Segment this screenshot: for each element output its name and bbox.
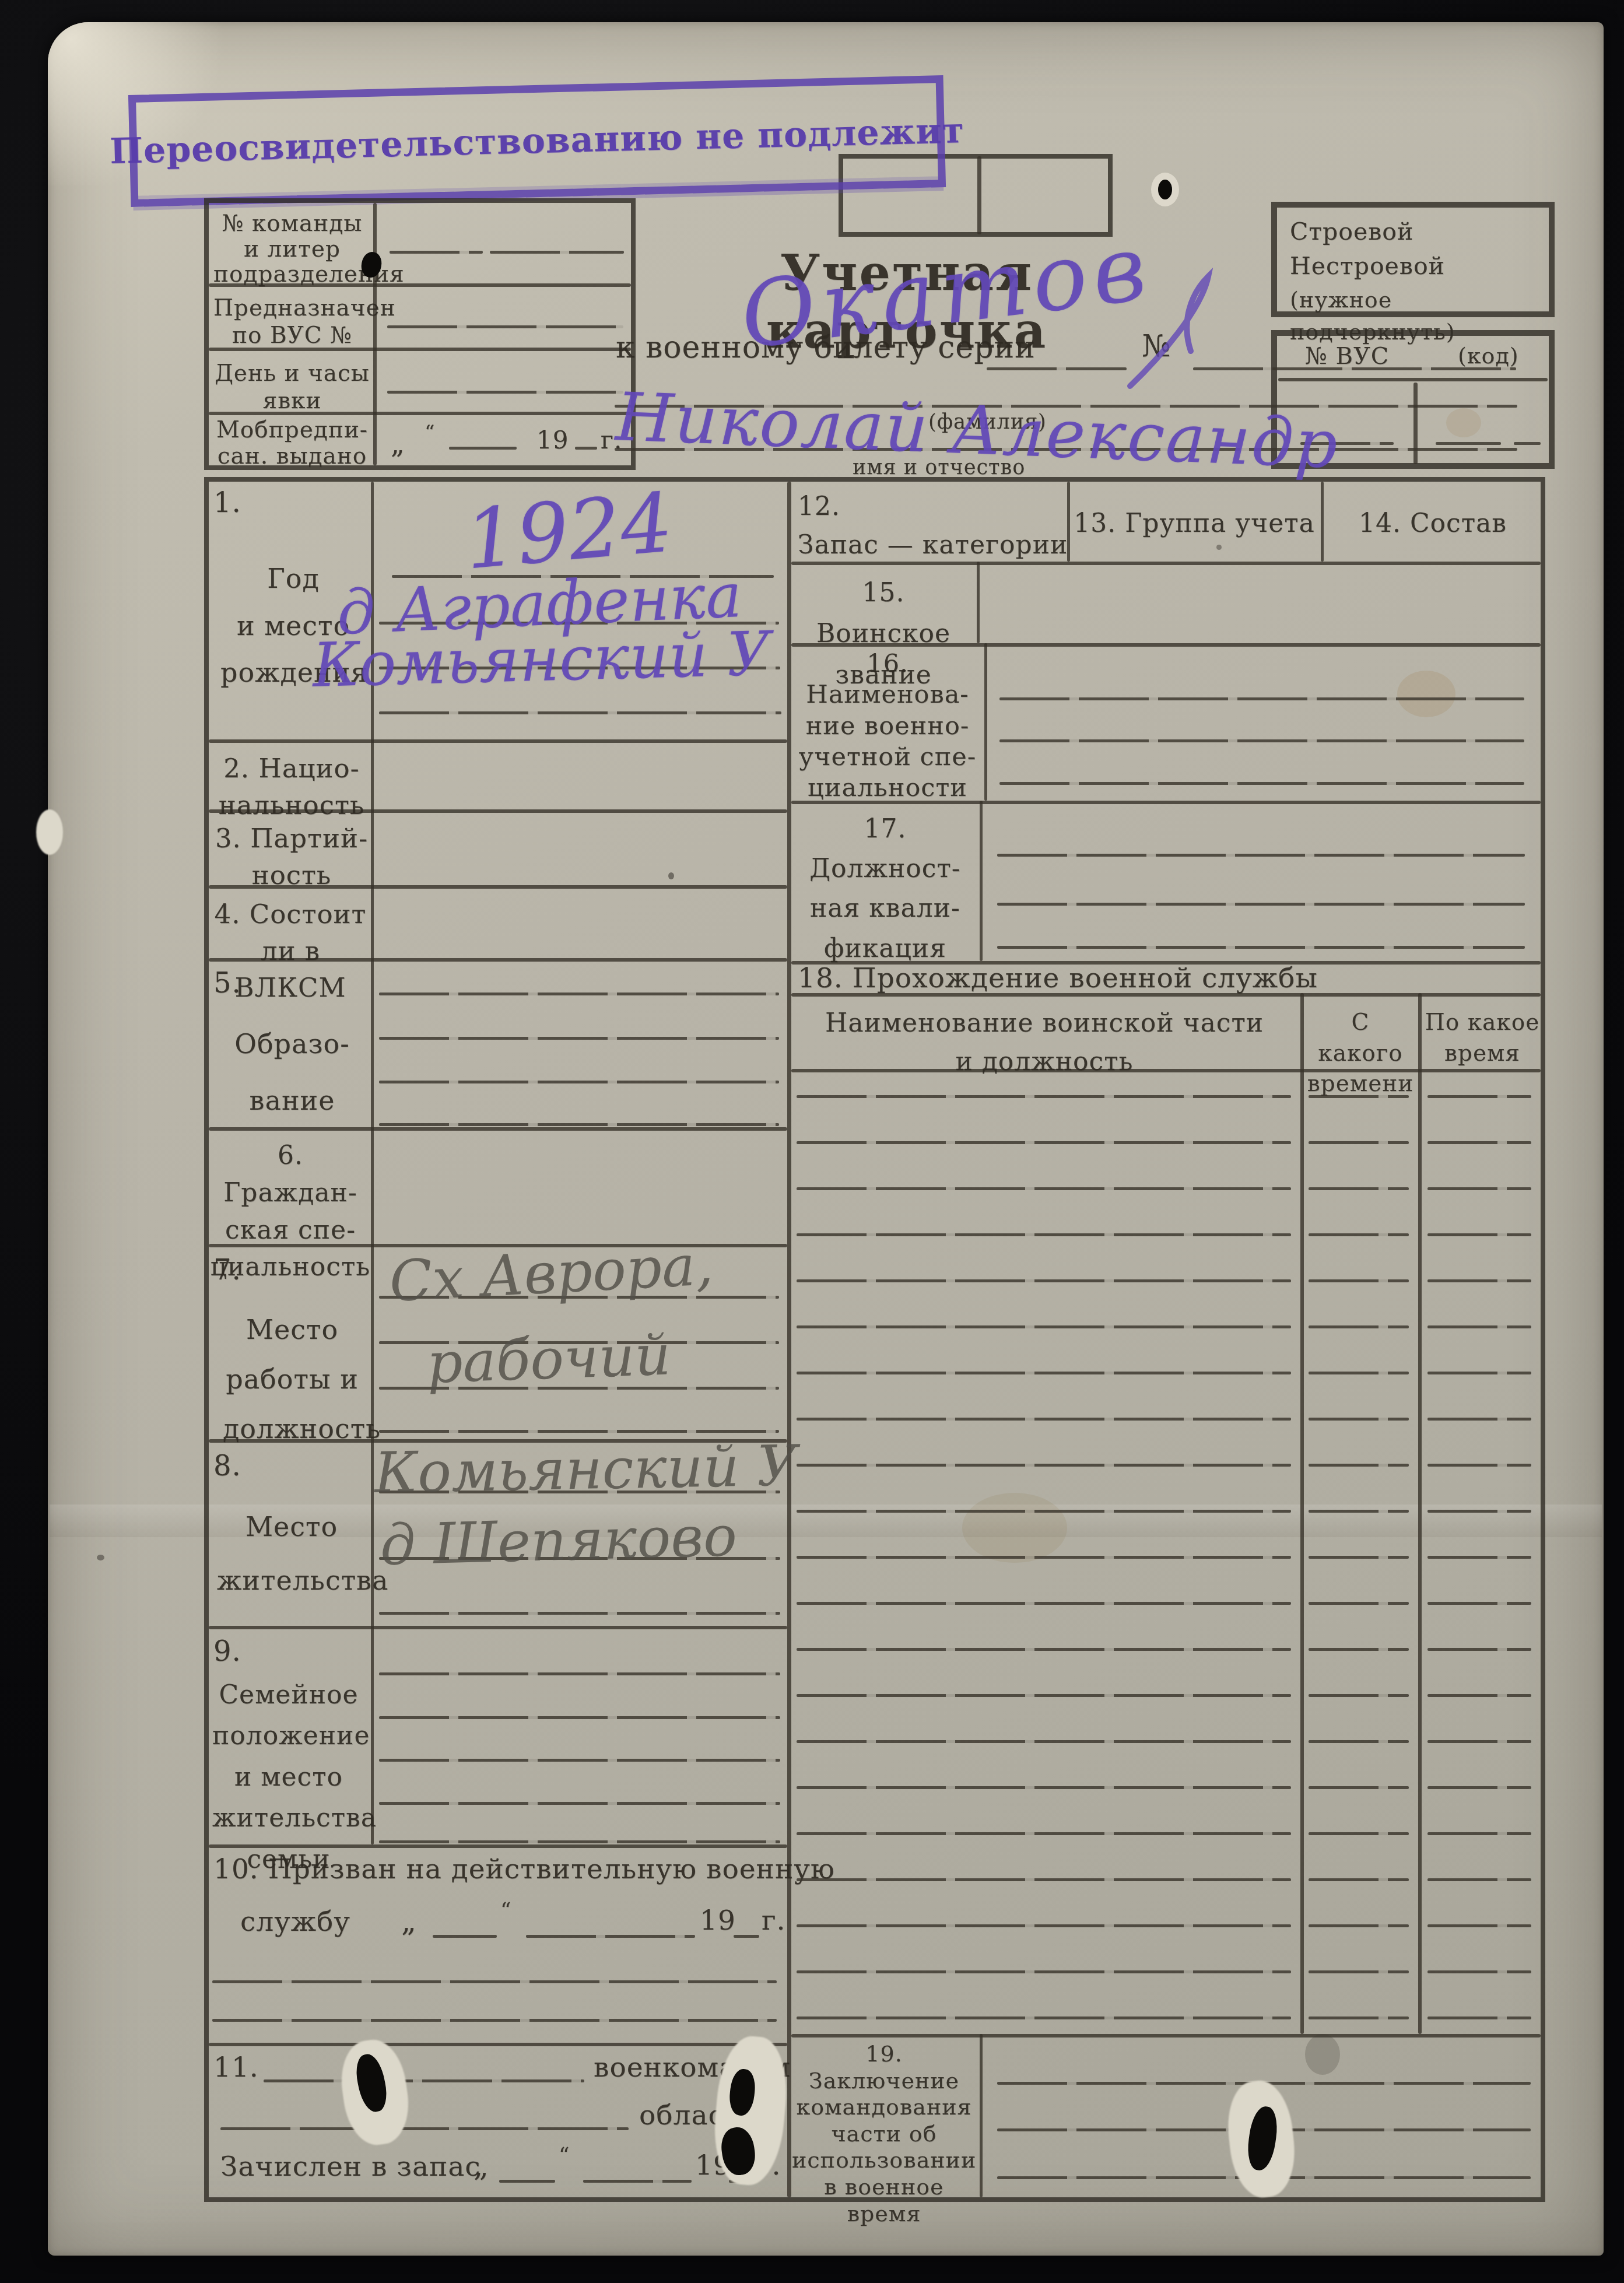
service-row-line bbox=[1309, 1556, 1409, 1559]
year-19: 19 bbox=[700, 1905, 736, 1937]
service-row-line bbox=[1309, 1095, 1409, 1098]
education-label: Образо- вание bbox=[225, 1016, 359, 1128]
service-row-line bbox=[797, 1418, 1291, 1421]
service-row-line bbox=[1309, 1924, 1409, 1927]
service-row-line bbox=[797, 1556, 1291, 1559]
paper-speck bbox=[97, 1555, 104, 1560]
close-quote: “ bbox=[559, 2144, 570, 2168]
write-line bbox=[379, 1759, 780, 1762]
service-row-line bbox=[1427, 1141, 1531, 1144]
serial-box-divider bbox=[977, 156, 981, 234]
conscription-label: 10. Призван на действительную военную bbox=[213, 1853, 835, 1885]
section-rule bbox=[209, 1626, 787, 1629]
year-19: 19 bbox=[536, 426, 569, 454]
residence-label: Место жительства bbox=[217, 1500, 366, 1607]
service-row-line bbox=[1427, 1740, 1531, 1743]
service-row-line bbox=[1309, 1970, 1409, 1973]
reserve-category-label: 12. Запас — категории bbox=[798, 488, 1072, 564]
service-row-line bbox=[1309, 1233, 1409, 1236]
service-table-col-divider bbox=[1300, 993, 1304, 2034]
vus-purpose-label: Предназначен по ВУС № bbox=[213, 295, 371, 350]
write-line bbox=[999, 782, 1524, 785]
service-row-line bbox=[797, 1141, 1291, 1144]
section5-number: 5. bbox=[213, 967, 241, 1000]
service-row-line bbox=[1427, 1510, 1531, 1513]
service-row-line bbox=[1427, 2017, 1531, 2019]
write-line bbox=[583, 2180, 692, 2183]
residence-village-handwriting: д Шепяково bbox=[380, 1503, 738, 1578]
write-line bbox=[1193, 367, 1516, 370]
write-line bbox=[379, 1716, 780, 1719]
service-row-line bbox=[1309, 1141, 1409, 1144]
form-column-divider bbox=[787, 482, 791, 2197]
service-row-line bbox=[797, 1786, 1291, 1789]
write-line bbox=[379, 1802, 780, 1805]
edge-tear bbox=[36, 809, 63, 855]
stamp-text: Переосвидетельствованию не подлежит bbox=[110, 110, 965, 172]
write-line bbox=[212, 2019, 777, 2022]
service-table-col-divider bbox=[1418, 993, 1422, 2034]
service-row-line bbox=[797, 1325, 1291, 1328]
write-line bbox=[987, 367, 1127, 370]
revalidation-stamp: Переосвидетельствованию не подлежит bbox=[128, 75, 946, 207]
open-quote: „ bbox=[391, 428, 405, 460]
service-row-line bbox=[797, 1648, 1291, 1651]
service-row-line bbox=[797, 1602, 1291, 1605]
write-line bbox=[1514, 442, 1541, 445]
service-row-line bbox=[1427, 1325, 1531, 1328]
service-row-line bbox=[1427, 1694, 1531, 1697]
service-row-line bbox=[1427, 1372, 1531, 1374]
service-row-line bbox=[1309, 1510, 1409, 1513]
write-line bbox=[379, 1037, 779, 1040]
nationality-label: 2. Нацио- нальность bbox=[213, 750, 370, 823]
reserve-enrollment-label: Зачислен в запас bbox=[220, 2151, 481, 2183]
write-line bbox=[997, 946, 1525, 949]
service-row-line bbox=[1427, 1832, 1531, 1835]
workplace-label: Место работы и должность bbox=[223, 1305, 362, 1454]
section7-number: 7. bbox=[213, 1254, 241, 1286]
specialty-label-divider bbox=[984, 643, 987, 801]
conscription-word: службу bbox=[240, 1906, 350, 1938]
vus-label: № ВУС bbox=[1305, 343, 1389, 370]
write-line bbox=[999, 739, 1524, 742]
service-row-line bbox=[1309, 1325, 1409, 1328]
write-line bbox=[499, 2180, 555, 2183]
section1-number: 1. bbox=[213, 486, 241, 519]
open-quote: „ bbox=[473, 2149, 489, 2183]
service-row-line bbox=[797, 1924, 1291, 1927]
write-line bbox=[379, 1672, 780, 1675]
residence-district-handwriting: Комьянский У bbox=[374, 1433, 798, 1506]
service-row-line bbox=[1427, 1279, 1531, 1282]
command-conclusion-label: 19. Заключение командования части об исп… bbox=[792, 2041, 976, 2227]
service-row-line bbox=[1309, 1464, 1409, 1467]
paper-hole bbox=[1158, 180, 1172, 199]
write-line bbox=[734, 1935, 759, 1938]
service-row-line bbox=[1309, 1418, 1409, 1421]
combatant-option: Строевой bbox=[1290, 215, 1549, 249]
service-row-line bbox=[1427, 1648, 1531, 1651]
service-row-line bbox=[797, 1279, 1291, 1282]
scanned-document-page: Переосвидетельствованию не подлежит № ко… bbox=[0, 0, 1624, 2283]
section-rule bbox=[791, 2034, 1541, 2037]
write-line bbox=[390, 251, 483, 254]
kod-label: (код) bbox=[1458, 343, 1519, 369]
command-table-divider bbox=[373, 203, 377, 465]
write-line bbox=[212, 1980, 777, 1983]
service-row-line bbox=[1309, 1786, 1409, 1789]
birth-district-handwriting: Комьянский У bbox=[311, 618, 771, 701]
section-rule bbox=[209, 2043, 787, 2046]
write-line bbox=[1436, 442, 1501, 445]
service-row-line bbox=[1427, 1095, 1531, 1098]
service-row-line bbox=[1427, 1786, 1531, 1789]
service-row-line bbox=[1427, 1418, 1531, 1421]
service-row-line bbox=[1309, 1694, 1409, 1697]
write-line bbox=[997, 903, 1525, 906]
write-line bbox=[379, 993, 779, 995]
combatant-box: Строевой Нестроевой (нужное подчеркнуть) bbox=[1271, 202, 1555, 317]
section9-number: 9. bbox=[213, 1635, 241, 1668]
service-row-line bbox=[797, 1878, 1291, 1881]
mob-order-label: Мобпредпи- сан. выдано bbox=[213, 418, 371, 470]
service-row-line bbox=[1427, 1602, 1531, 1605]
write-line bbox=[999, 697, 1524, 700]
write-line bbox=[526, 1935, 695, 1938]
write-line bbox=[264, 2079, 584, 2082]
write-line bbox=[575, 447, 597, 450]
service-row-line bbox=[1309, 2017, 1409, 2019]
service-row-line bbox=[1309, 1648, 1409, 1651]
service-row-line bbox=[797, 1970, 1291, 1973]
vus-box-divider bbox=[1413, 383, 1418, 464]
section-rule bbox=[209, 739, 787, 743]
noncombatant-option: Нестроевой bbox=[1290, 249, 1549, 283]
position-qualification-label: 17. Должност- ная квали- фикация bbox=[794, 809, 976, 969]
service-row-line bbox=[797, 1372, 1291, 1374]
to-date-column-header: По какое время bbox=[1424, 1008, 1541, 1069]
service-row-line bbox=[1427, 1924, 1531, 1927]
service-row-line bbox=[1309, 1740, 1409, 1743]
command-number-label: № команды и литер подразделения bbox=[213, 211, 371, 287]
service-row-line bbox=[797, 1694, 1291, 1697]
close-quote: “ bbox=[425, 421, 435, 444]
service-record-title: 18. Прохождение военной службы bbox=[798, 962, 1318, 994]
service-row-line bbox=[1427, 1556, 1531, 1559]
paper-smudge bbox=[1305, 2034, 1340, 2075]
service-row-line bbox=[1309, 1279, 1409, 1282]
open-quote: „ bbox=[401, 1905, 417, 1938]
account-group-label: 13. Группа учета bbox=[1071, 508, 1318, 538]
position-handwriting: рабочий bbox=[426, 1322, 672, 1396]
service-row-line bbox=[797, 1187, 1291, 1190]
ink-flourish bbox=[1120, 269, 1219, 392]
section8-number: 8. bbox=[213, 1450, 241, 1482]
service-row-line bbox=[1309, 1832, 1409, 1835]
service-row-line bbox=[1427, 1464, 1531, 1467]
write-line bbox=[387, 391, 623, 394]
section11-number: 11. bbox=[213, 2051, 259, 2084]
service-row-line bbox=[1309, 1187, 1409, 1190]
qualification-label-divider bbox=[980, 801, 983, 961]
service-row-line bbox=[797, 1233, 1291, 1236]
family-label: Семейное положение и место жительства се… bbox=[212, 1675, 365, 1880]
year-suffix: г. bbox=[762, 1905, 786, 1937]
service-row-line bbox=[1309, 1372, 1409, 1374]
write-line bbox=[449, 447, 517, 450]
service-row-line bbox=[797, 1832, 1291, 1835]
write-line bbox=[220, 2127, 629, 2130]
write-line bbox=[379, 1081, 779, 1083]
service-row-line bbox=[1427, 1233, 1531, 1236]
service-row-line bbox=[797, 1464, 1291, 1467]
service-row-line bbox=[1309, 1878, 1409, 1881]
vus-box-line bbox=[1278, 378, 1548, 381]
unit-column-header: Наименование воинской части и должность bbox=[793, 1004, 1296, 1081]
service-row-line bbox=[797, 1510, 1291, 1513]
conclusion-label-divider bbox=[980, 2034, 983, 2197]
write-line bbox=[387, 325, 623, 328]
header-cell-divider bbox=[1321, 482, 1324, 562]
write-line bbox=[379, 1123, 779, 1126]
service-row-line bbox=[797, 1095, 1291, 1098]
service-row-line bbox=[1309, 1602, 1409, 1605]
service-row-line bbox=[797, 1740, 1291, 1743]
write-line bbox=[379, 1430, 779, 1433]
party-label: 3. Партий- ность bbox=[213, 820, 370, 893]
close-quote: “ bbox=[500, 1899, 511, 1923]
rank-label-divider bbox=[977, 562, 980, 643]
service-row-line bbox=[1427, 1878, 1531, 1881]
service-row-line bbox=[1427, 1970, 1531, 1973]
from-date-column-header: С какого времени bbox=[1306, 1008, 1415, 1100]
composition-label: 14. Состав bbox=[1325, 508, 1541, 538]
attendance-label: День и часы явки bbox=[213, 360, 371, 415]
write-line bbox=[997, 854, 1525, 857]
write-line bbox=[433, 1935, 497, 1938]
military-specialty-label: 16. Наименова- ние военно- учетной спе- … bbox=[794, 648, 981, 804]
write-line bbox=[379, 1612, 780, 1615]
service-row-line bbox=[797, 2017, 1291, 2019]
write-line bbox=[379, 1840, 780, 1843]
write-line bbox=[490, 251, 624, 254]
service-row-line bbox=[1427, 1187, 1531, 1190]
write-line bbox=[379, 711, 781, 714]
